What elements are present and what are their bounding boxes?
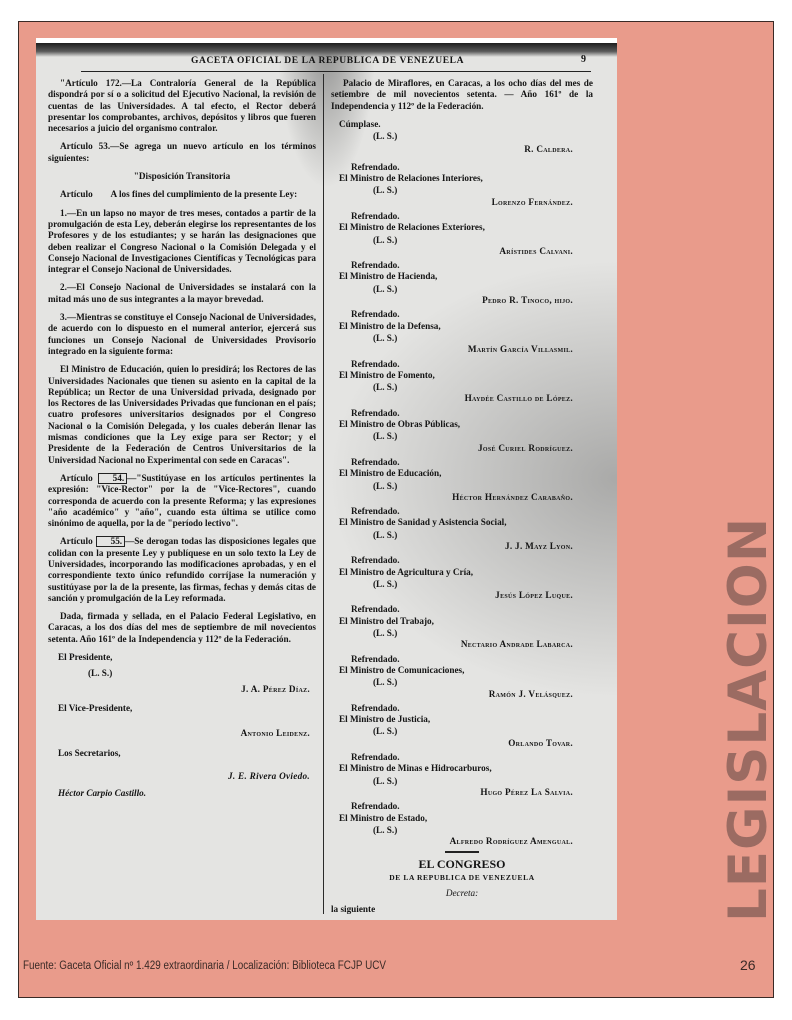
article-55-prefix: Artículo: [60, 536, 96, 546]
minister-title: El Ministro de Relaciones Exteriores,: [339, 222, 593, 233]
refrendado-label: Refrendado.: [351, 211, 593, 222]
minister-name: Haydée Castillo de López.: [331, 393, 573, 404]
president-name: J. A. Pérez Díaz.: [48, 684, 310, 695]
seal: (L. S.): [373, 382, 593, 393]
column-divider: [323, 74, 324, 914]
seal: (L. S.): [373, 481, 593, 492]
disposition-heading: "Disposición Transitoria: [48, 171, 316, 182]
right-column: Palacio de Miraflores, en Caracas, a los…: [331, 78, 593, 920]
article-54-number-annotation: 54.: [98, 473, 127, 484]
refrendado-label: Refrendado.: [351, 604, 593, 615]
numbered-item-3: 3.—Mientras se constituye el Consejo Nac…: [48, 312, 316, 357]
minister-name: Orlando Tovar.: [331, 738, 573, 749]
article-53-text: Artículo 53.—Se agrega un nuevo artículo…: [48, 141, 316, 164]
secretary-1-name: J. E. Rivera Oviedo.: [48, 771, 310, 782]
decreta: Decreta:: [331, 888, 593, 899]
minister-block: Refrendado.El Ministro de Comunicaciones…: [331, 654, 593, 700]
minister-title: El Ministro de Sanidad y Asistencia Soci…: [339, 517, 593, 528]
seal: (L. S.): [373, 825, 593, 836]
minister-title: El Ministro de Agricultura y Cría,: [339, 567, 593, 578]
cumplase: Cúmplase.: [339, 119, 593, 130]
minister-name: J. J. Mayz Lyon.: [331, 541, 573, 552]
refrendado-label: Refrendado.: [351, 555, 593, 566]
minister-name: Hugo Pérez La Salvia.: [331, 787, 573, 798]
refrendado-label: Refrendado.: [351, 408, 593, 419]
ministers-list: Refrendado.El Ministro de Relaciones Int…: [331, 162, 593, 848]
minister-block: Refrendado.El Ministro de Sanidad y Asis…: [331, 506, 593, 552]
seal: (L. S.): [373, 530, 593, 541]
article-54-prefix: Artículo: [60, 473, 98, 483]
seal: (L. S.): [373, 131, 593, 142]
article-172-text: "Artículo 172.—La Contraloría General de…: [48, 78, 316, 134]
minister-block: Refrendado.El Ministro de Fomento,(L. S.…: [331, 359, 593, 405]
minister-name: Nectario Andrade Labarca.: [331, 639, 573, 650]
refrendado-label: Refrendado.: [351, 359, 593, 370]
minister-title: El Ministro del Trabajo,: [339, 616, 593, 627]
seal: (L. S.): [373, 431, 593, 442]
president-caldera: R. Caldera.: [331, 144, 573, 155]
disposition-intro: Artículo A los fines del cumplimiento de…: [48, 189, 316, 200]
refrendado-label: Refrendado.: [351, 457, 593, 468]
seal: (L. S.): [373, 628, 593, 639]
minister-title: El Ministro de Justicia,: [339, 714, 593, 725]
gazette-title: GACETA OFICIAL DE LA REPUBLICA DE VENEZU…: [191, 56, 464, 66]
minister-name: Lorenzo Fernández.: [331, 197, 573, 208]
minister-title: El Ministro de la Defensa,: [339, 321, 593, 332]
minister-title: El Ministro de Obras Públicas,: [339, 419, 593, 430]
minister-block: Refrendado.El Ministro de Relaciones Ext…: [331, 211, 593, 257]
footer-source: Fuente: Gaceta Oficial nº 1.429 extraord…: [23, 960, 386, 972]
minister-name: José Curiel Rodríguez.: [331, 443, 573, 454]
president-label: El Presidente,: [58, 652, 316, 663]
minister-name: Arístides Calvani.: [331, 246, 573, 257]
numbered-item-1: 1.—En un lapso no mayor de tres meses, c…: [48, 208, 316, 276]
minister-block: Refrendado.El Ministro de Justicia,(L. S…: [331, 703, 593, 749]
seal: (L. S.): [373, 579, 593, 590]
minister-name: Martín García Villasmil.: [331, 344, 573, 355]
refrendado-label: Refrendado.: [351, 506, 593, 517]
minister-block: Refrendado.El Ministro de Agricultura y …: [331, 555, 593, 601]
seal: (L. S.): [373, 726, 593, 737]
congreso-heading: EL CONGRESO: [331, 859, 593, 870]
article-55-text: Artículo 55.—Se derogan todas las dispos…: [48, 536, 316, 604]
seal: (L. S.): [373, 235, 593, 246]
minister-title: El Ministro de Fomento,: [339, 370, 593, 381]
vice-president-label: El Vice-Presidente,: [58, 703, 316, 714]
minister-title: El Ministro de Comunicaciones,: [339, 665, 593, 676]
minister-block: Refrendado.El Ministro de Educación,(L. …: [331, 457, 593, 503]
council-composition: El Ministro de Educación, quien lo presi…: [48, 364, 316, 466]
refrendado-label: Refrendado.: [351, 801, 593, 812]
minister-block: Refrendado.El Ministro de Minas e Hidroc…: [331, 752, 593, 798]
header-rule: [81, 71, 591, 72]
refrendado-label: Refrendado.: [351, 703, 593, 714]
minister-block: Refrendado.El Ministro de Relaciones Int…: [331, 162, 593, 208]
minister-block: Refrendado.El Ministro de la Defensa,(L.…: [331, 309, 593, 355]
minister-title: El Ministro de Hacienda,: [339, 271, 593, 282]
refrendado-label: Refrendado.: [351, 309, 593, 320]
refrendado-label: Refrendado.: [351, 162, 593, 173]
left-column: "Artículo 172.—La Contraloría General de…: [48, 78, 316, 799]
minister-name: Héctor Hernández Carabaño.: [331, 492, 573, 503]
minister-block: Refrendado.El Ministro de Estado,(L. S.)…: [331, 801, 593, 847]
minister-title: El Ministro de Relaciones Interiores,: [339, 173, 593, 184]
gazette-header: GACETA OFICIAL DE LA REPUBLICA DE VENEZU…: [36, 54, 617, 72]
minister-name: Jesús López Luque.: [331, 590, 573, 601]
gazette-page-number: 9: [581, 54, 587, 65]
secretaries-label: Los Secretarios,: [58, 748, 316, 759]
congreso-subheading: DE LA REPUBLICA DE VENEZUELA: [331, 872, 593, 883]
vice-president-name: Antonio Leidenz.: [48, 728, 310, 739]
seal: (L. S.): [373, 333, 593, 344]
article-54-text: Artículo 54.—"Sustitúyase en los artícul…: [48, 473, 316, 529]
closing-paragraph: Dada, firmada y sellada, en el Palacio F…: [48, 611, 316, 645]
minister-name: Ramón J. Velásquez.: [331, 689, 573, 700]
seal: (L. S.): [88, 668, 316, 679]
la-siguiente: la siguiente: [331, 904, 593, 915]
gazette-scan: GACETA OFICIAL DE LA REPUBLICA DE VENEZU…: [36, 38, 617, 920]
minister-block: Refrendado.El Ministro de Hacienda,(L. S…: [331, 260, 593, 306]
minister-block: Refrendado.El Ministro de Obras Públicas…: [331, 408, 593, 454]
promulgation-opening: Palacio de Miraflores, en Caracas, a los…: [331, 78, 593, 112]
numbered-item-2: 2.—El Consejo Nacional de Universidades …: [48, 282, 316, 305]
footer-page-number: 26: [740, 957, 756, 973]
seal: (L. S.): [373, 776, 593, 787]
separator: [445, 851, 479, 853]
refrendado-label: Refrendado.: [351, 654, 593, 665]
minister-title: El Ministro de Estado,: [339, 813, 593, 824]
refrendado-label: Refrendado.: [351, 260, 593, 271]
minister-name: Pedro R. Tinoco, hijo.: [331, 295, 573, 306]
minister-name: Alfredo Rodríguez Amengual.: [331, 836, 573, 847]
minister-title: El Ministro de Minas e Hidrocarburos,: [339, 763, 593, 774]
secretary-2-name: Héctor Carpio Castillo.: [58, 788, 316, 799]
minister-block: Refrendado.El Ministro del Trabajo,(L. S…: [331, 604, 593, 650]
section-label-legislacion: LEGISLACION: [722, 517, 775, 922]
seal: (L. S.): [373, 677, 593, 688]
minister-title: El Ministro de Educación,: [339, 468, 593, 479]
article-55-number-annotation: 55.: [96, 536, 125, 547]
seal: (L. S.): [373, 284, 593, 295]
refrendado-label: Refrendado.: [351, 752, 593, 763]
seal: (L. S.): [373, 185, 593, 196]
